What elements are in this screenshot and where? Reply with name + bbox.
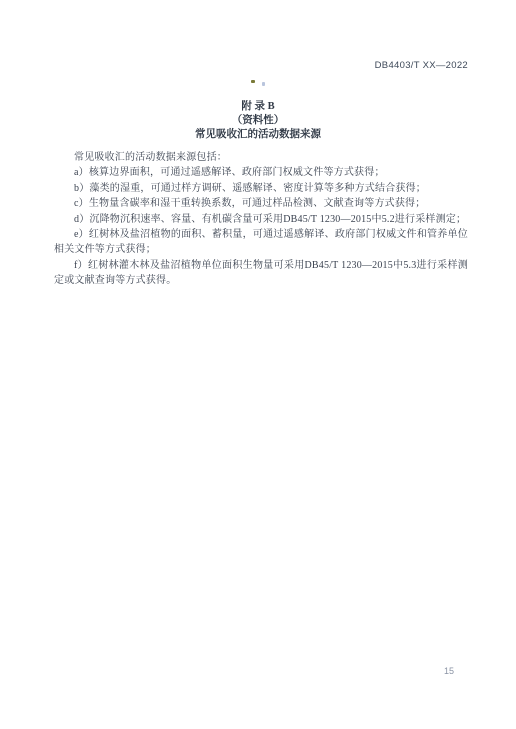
list-item-d: d）沉降物沉积速率、容量、有机碳含量可采用DB45/T 1230—2015中5.… [54, 212, 468, 227]
appendix-subtitle: 常见吸收汇的活动数据来源 [0, 128, 516, 142]
document-page: DB4403/T XX—2022 附 录 B （资料性） 常见吸收汇的活动数据来… [0, 0, 516, 729]
appendix-title: 附 录 B [0, 100, 516, 114]
list-item-c: c）生物量含碳率和湿干重转换系数，可通过样品检测、文献查询等方式获得； [54, 196, 468, 211]
body-text: 常见吸收汇的活动数据来源包括： a）核算边界面积，可通过遥感解译、政府部门权威文… [54, 150, 468, 289]
list-item-b: b）藻类的湿重，可通过样方调研、遥感解译、密度计算等多种方式结合获得； [54, 181, 468, 196]
page-number: 15 [444, 666, 454, 676]
standard-code-header: DB4403/T XX—2022 [375, 60, 468, 71]
appendix-title-block: 附 录 B （资料性） 常见吸收汇的活动数据来源 [0, 100, 516, 142]
list-item-a: a）核算边界面积，可通过遥感解译、政府部门权威文件等方式获得； [54, 165, 468, 180]
scan-artifact-speck [262, 82, 265, 86]
scan-artifact-speck [251, 80, 255, 83]
appendix-type-label: （资料性） [0, 114, 516, 128]
list-item-f: f）红树林灌木林及盐沼植物单位面积生物量可采用DB45/T 1230—2015中… [54, 258, 468, 289]
intro-paragraph: 常见吸收汇的活动数据来源包括： [54, 150, 468, 165]
list-item-e: e）红树林及盐沼植物的面积、蓄积量，可通过遥感解译、政府部门权威文件和管养单位相… [54, 227, 468, 258]
